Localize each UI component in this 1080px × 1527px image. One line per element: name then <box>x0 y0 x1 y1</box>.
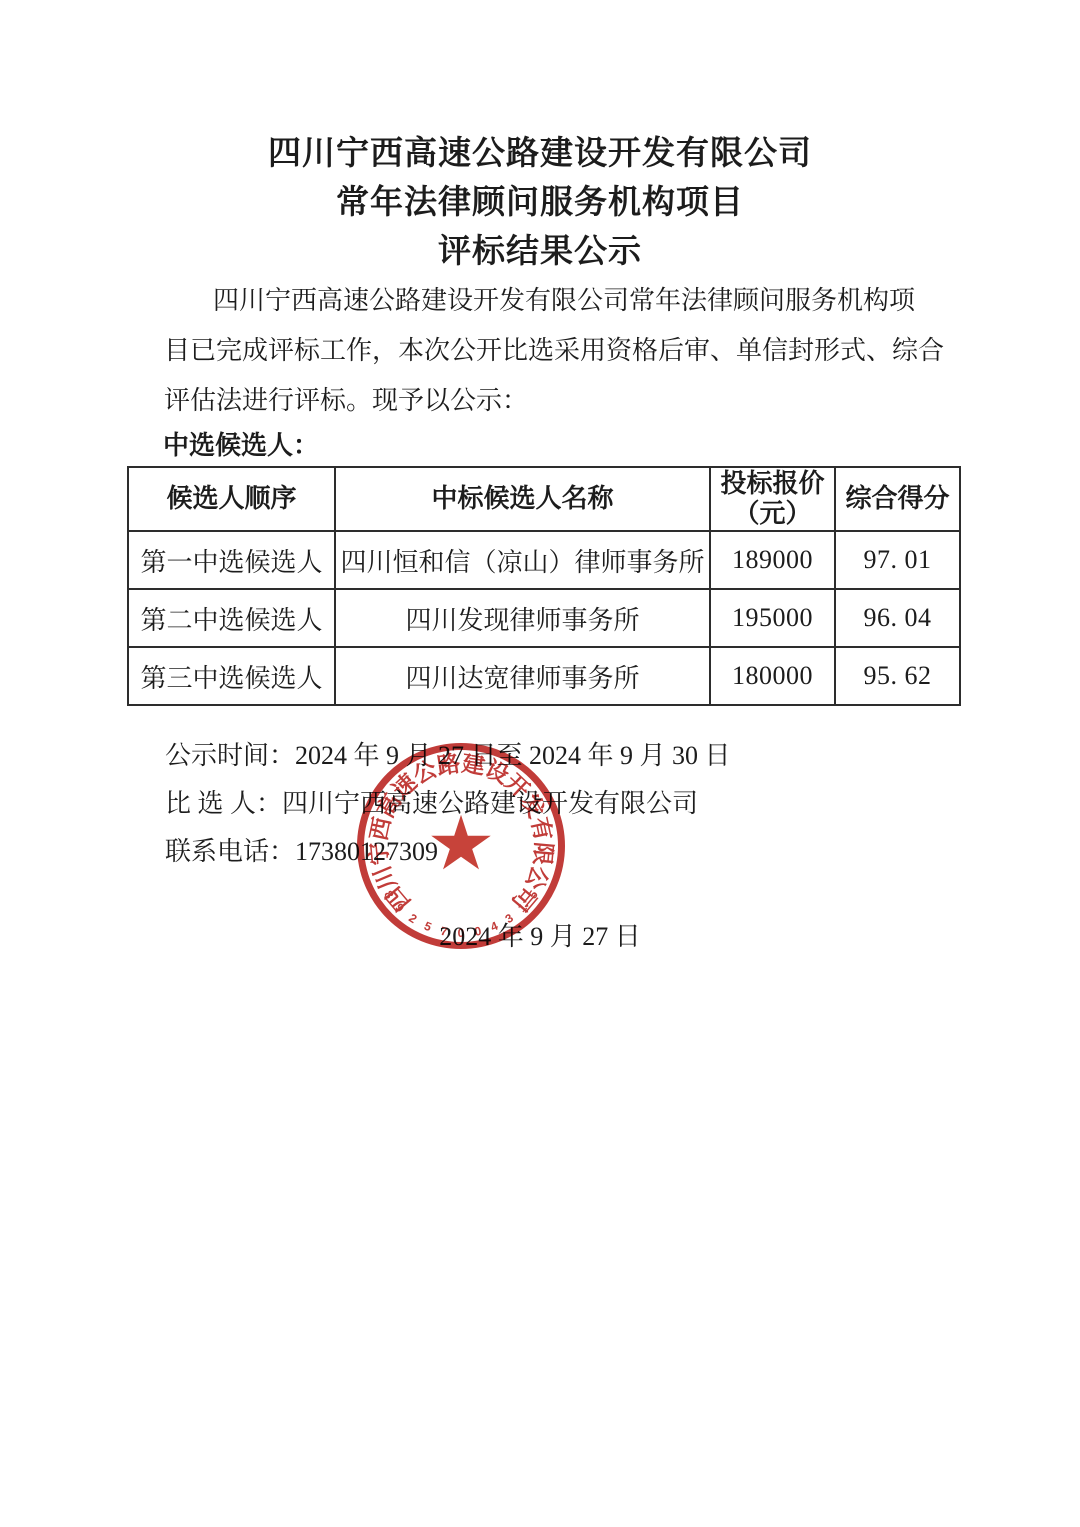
header-candidate-name: 中标候选人名称 <box>335 467 710 531</box>
title-line-project: 常年法律顾问服务机构项目 <box>0 179 1080 228</box>
body-line: 目已完成评标工作，本次公开比选采用资格后审、单信封形式、综合 <box>164 326 924 376</box>
cell-name: 四川恒和信（凉山）律师事务所 <box>335 531 710 589</box>
cell-score: 96. 04 <box>835 589 960 647</box>
table-row: 第一中选候选人 四川恒和信（凉山）律师事务所 189000 97. 01 <box>128 531 960 589</box>
stamp-code-digit: 9 <box>392 900 407 915</box>
bid-result-table: 候选人顺序 中标候选人名称 投标报价 （元） 综合得分 第一中选候选人 四川恒和… <box>127 466 961 706</box>
header-bid-price: 投标报价 （元） <box>710 467 835 531</box>
table-header-row: 候选人顺序 中标候选人名称 投标报价 （元） 综合得分 <box>128 467 960 531</box>
stamp-ring-char: 四 <box>377 881 417 920</box>
document-title: 四川宁西高速公路建设开发有限公司 常年法律顾问服务机构项目 评标结果公示 <box>0 130 1080 277</box>
section-label-candidates: 中选候选人： <box>163 430 319 462</box>
body-line: 评估法进行评标。现予以公示： <box>164 376 924 426</box>
cell-price: 180000 <box>710 647 835 705</box>
stamp-ring-char: 公 <box>519 861 558 895</box>
cell-price: 189000 <box>710 531 835 589</box>
body-line: 四川宁西高速公路建设开发有限公司常年法律顾问服务机构项 <box>164 276 924 326</box>
publicity-time-line: 公示时间：2024 年 9 月 27 日至 2024 年 9 月 30 日 <box>165 740 731 772</box>
selector-line: 比 选 人：四川宁西高速公路建设开发有限公司 <box>165 788 698 820</box>
cell-score: 95. 62 <box>835 647 960 705</box>
stamp-code-digit: 5 <box>525 888 540 901</box>
cell-name: 四川发现律师事务所 <box>335 589 710 647</box>
header-bid-price-line2: （元） <box>733 499 811 528</box>
announcement-document: 四川宁西高速公路建设开发有限公司 常年法律顾问服务机构项目 评标结果公示 四川宁… <box>0 0 1080 1527</box>
signature-date: 2024 年 9 月 27 日 <box>0 921 1080 953</box>
header-score: 综合得分 <box>835 467 960 531</box>
star-icon <box>430 815 492 875</box>
table-row: 第三中选候选人 四川达宽律师事务所 180000 95. 62 <box>128 647 960 705</box>
header-bid-price-line1: 投标报价 <box>720 469 824 498</box>
title-line-company: 四川宁西高速公路建设开发有限公司 <box>0 130 1080 179</box>
contact-phone-line: 联系电话：17380127309 <box>165 836 438 868</box>
cell-score: 97. 01 <box>835 531 960 589</box>
cell-order: 第一中选候选人 <box>128 531 335 589</box>
stamp-code-digit: 1 <box>515 900 530 915</box>
stamp-code-digit: 8 <box>381 888 396 901</box>
stamp-ring-char: 司 <box>505 881 545 920</box>
cell-price: 195000 <box>710 589 835 647</box>
cell-order: 第三中选候选人 <box>128 647 335 705</box>
title-line-result: 评标结果公示 <box>0 228 1080 277</box>
header-candidate-order: 候选人顺序 <box>128 467 335 531</box>
cell-order: 第二中选候选人 <box>128 589 335 647</box>
table-row: 第二中选候选人 四川发现律师事务所 195000 96. 04 <box>128 589 960 647</box>
body-paragraph: 四川宁西高速公路建设开发有限公司常年法律顾问服务机构项 目已完成评标工作，本次公… <box>164 276 924 426</box>
cell-name: 四川达宽律师事务所 <box>335 647 710 705</box>
stamp-ring-char: 限 <box>527 841 562 867</box>
